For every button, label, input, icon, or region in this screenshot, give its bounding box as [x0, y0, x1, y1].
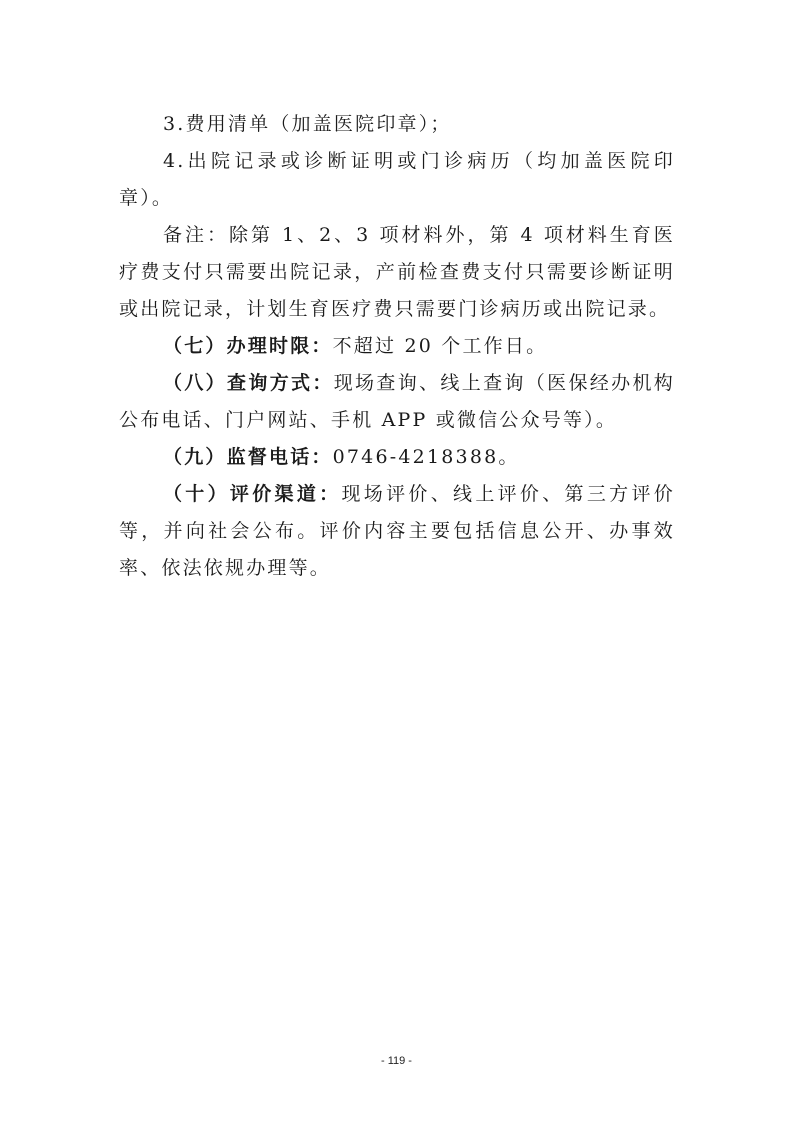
section-evaluation-channel: （十）评价渠道：现场评价、线上评价、第三方评价等，并向社会公布。评价内容主要包括… [119, 476, 675, 587]
list-item-4: 4.出院记录或诊断证明或门诊病历（均加盖医院印章）。 [119, 143, 675, 217]
section-heading: （七）办理时限： [163, 335, 333, 357]
section-processing-time: （七）办理时限：不超过 20 个工作日。 [119, 328, 675, 365]
section-supervision-phone: （九）监督电话：0746-4218388。 [119, 439, 675, 476]
section-heading: （九）监督电话： [163, 446, 333, 468]
section-body: 0746-4218388。 [333, 446, 520, 468]
section-body: 不超过 20 个工作日。 [333, 335, 548, 357]
note-paragraph: 备注：除第 1、2、3 项材料外，第 4 项材料生育医疗费支付只需要出院记录，产… [119, 217, 675, 328]
list-item-3: 3.费用清单（加盖医院印章）； [119, 106, 675, 143]
section-heading: （十）评价渠道： [163, 483, 341, 505]
section-heading: （八）查询方式： [163, 372, 334, 394]
page-number: - 119 - [0, 1055, 793, 1067]
section-inquiry-method: （八）查询方式：现场查询、线上查询（医保经办机构公布电话、门户网站、手机 APP… [119, 365, 675, 439]
document-body: 3.费用清单（加盖医院印章）； 4.出院记录或诊断证明或门诊病历（均加盖医院印章… [119, 106, 675, 587]
